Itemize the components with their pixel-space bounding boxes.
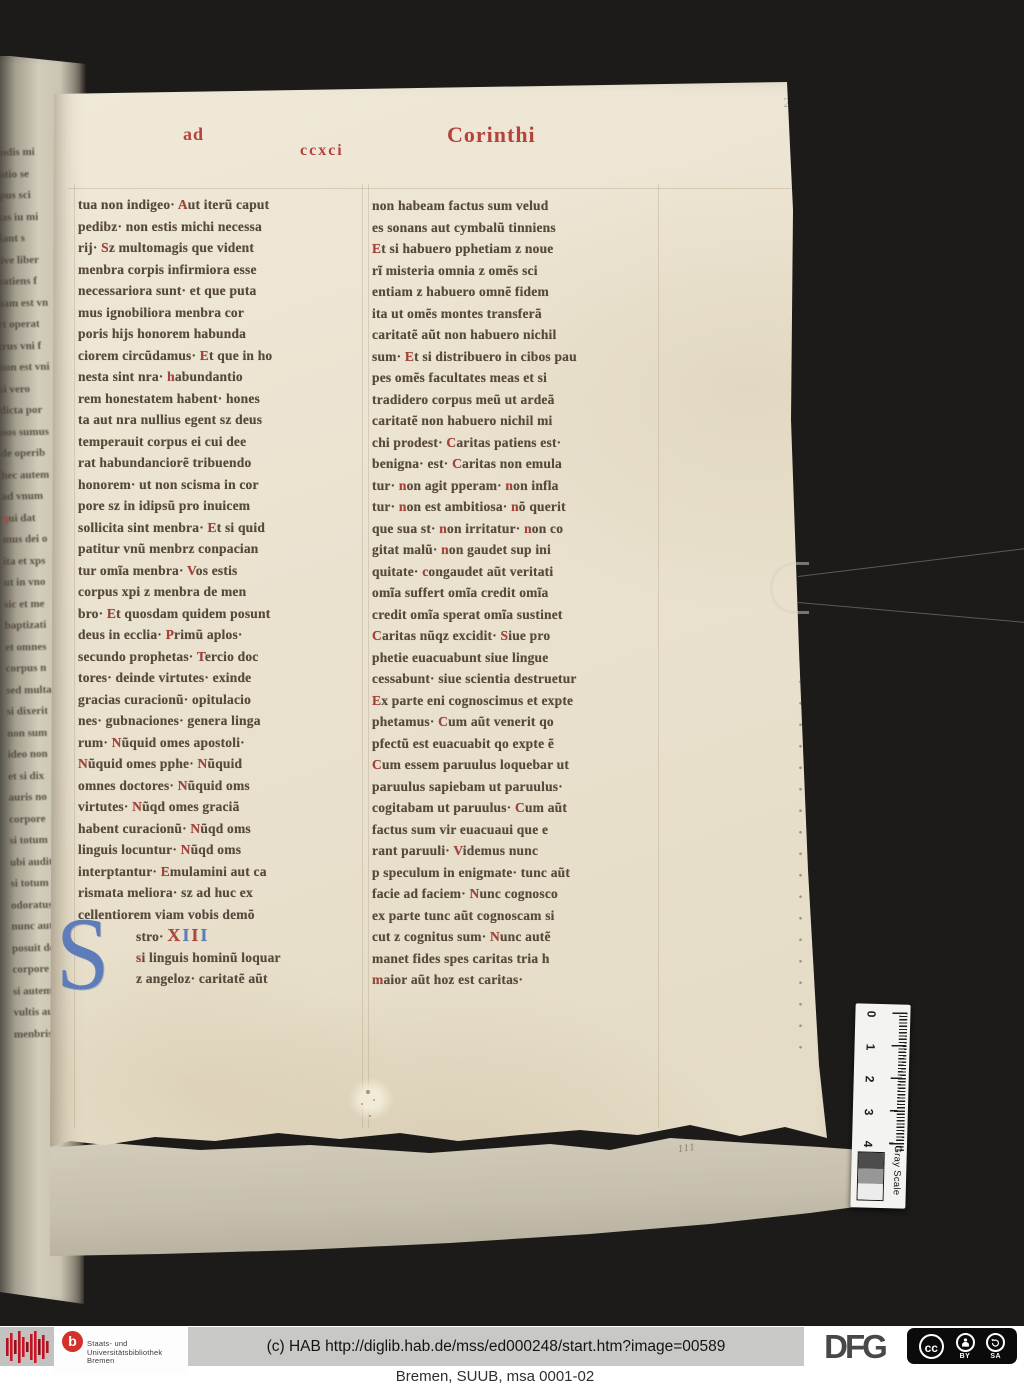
manuscript-line: entiam z habuero omnẽ fidem	[372, 281, 666, 303]
cc-by-item: BY	[956, 1333, 975, 1360]
parchment-damage-spot	[342, 1072, 400, 1126]
manuscript-line: maior aũt hoz est caritas·	[372, 969, 666, 991]
library-name: Staats- und Universitätsbibliothek Breme…	[87, 1340, 162, 1366]
running-title-chapter-number: ccxci	[300, 142, 344, 160]
manuscript-line: phetie euacuabunt siue lingue	[372, 647, 666, 669]
manuscript-line: nas iu mi	[0, 206, 62, 229]
manuscript-line: nesta sint nra· habundantio	[78, 366, 372, 388]
manuscript-line: que sua st· non irritatur· non co	[372, 518, 666, 540]
ruler-label: 3	[862, 1109, 876, 1123]
manuscript-line: pfectũ est euacuabit qo expte ẽ	[372, 733, 666, 755]
manuscript-line: phetamus· Cum aũt venerit qo	[372, 711, 666, 733]
manuscript-line: pes omẽs facultates meas et si	[372, 367, 666, 389]
library-name-line: Bremen	[87, 1357, 162, 1366]
cc-license-badge: cc BY SA	[905, 1326, 1019, 1366]
manuscript-line: nes· gubnaciones· genera linga	[78, 710, 372, 732]
manuscript-line: stro· XIII	[78, 925, 372, 947]
manuscript-line: rismata meliora· sz ad huc ex	[78, 882, 372, 904]
manuscript-line: rum· Nũquid omes apostoli·	[78, 732, 372, 754]
manuscript-line: rem honestatem habent· hones	[78, 388, 372, 410]
manuscript-line: gracias curacionũ· opitulacio	[78, 689, 372, 711]
manuscript-line: deus in ecclia· Primũ aplos·	[78, 624, 372, 646]
manuscript-line: secundo prophetas· Tercio doc	[78, 646, 372, 668]
manuscript-page: ad ccxci Corinthi 293 tua non indigeo· A…	[50, 80, 842, 1172]
grayscale-patches	[857, 1151, 885, 1201]
manuscript-line: omnes doctores· Nũquid oms	[78, 775, 372, 797]
running-title-right: Corinthi	[447, 122, 536, 148]
manuscript-line: patitur vnũ menbrz conpacian	[78, 538, 372, 560]
manuscript-line: Ex parte eni cognoscimus et expte	[372, 690, 666, 712]
manuscript-line: tur· non est ambitiosa· nõ querit	[372, 496, 666, 518]
manuscript-line: corpus xpi z menbra de men	[78, 581, 372, 603]
manuscript-line: mus ignobiliora menbra cor	[78, 302, 372, 324]
cc-by-person-icon	[956, 1333, 975, 1352]
shelfmark-text: Bremen, SUUB, msa 0001-02	[0, 1368, 990, 1385]
ruler-label: 0	[864, 1011, 878, 1025]
manuscript-line: p speculum in enigmate· tunc aũt	[372, 862, 666, 884]
manuscript-line: caritatẽ aũt non habuero nichil	[372, 324, 666, 346]
manuscript-line: interptantur· Emulamini aut ca	[78, 861, 372, 883]
ruler-ticks	[889, 1012, 908, 1150]
copyright-text: (c) HAB http://diglib.hab.de/mss/ed00024…	[188, 1327, 804, 1366]
cc-icon: cc	[919, 1334, 944, 1359]
manuscript-line: linguis locuntur· Nũqd oms	[78, 839, 372, 861]
manuscript-line: virtutes· Nũqd omes graciã	[78, 796, 372, 818]
ruler-label: 1	[863, 1044, 877, 1058]
manuscript-line: ex parte tunc aũt cognoscam si	[372, 905, 666, 927]
manuscript-line: honorem· ut non scisma in cor	[78, 474, 372, 496]
manuscript-line: spus sci	[0, 184, 61, 207]
manuscript-line: temperauit corpus ei cui dee	[78, 431, 372, 453]
manuscript-line: credit omĩa sperat omĩa sustinet	[372, 604, 666, 626]
manuscript-line: habent curacionũ· Nũqd oms	[78, 818, 372, 840]
digitized-manuscript-photo: undis miratio sespus scinas iu mifiant s…	[0, 0, 1024, 1389]
manuscript-line: ita ut omẽs montes transferã	[372, 303, 666, 325]
pencil-folio-number: 293	[783, 96, 806, 110]
manuscript-line: gitat malũ· non gaudet sup ini	[372, 539, 666, 561]
manuscript-line: ratio se	[0, 163, 61, 186]
manuscript-line: ciorem circũdamus· Et que in ho	[78, 345, 372, 367]
manuscript-line: pore sz in idipsũ pro inuicem	[78, 495, 372, 517]
manuscript-line: rat habundanciorẽ tribuendo	[78, 452, 372, 474]
footer-bar: b Staats- und Universitätsbibliothek Bre…	[0, 1326, 1024, 1389]
library-monogram: b	[62, 1331, 83, 1352]
grayscale-title: Gray Scale	[890, 1145, 903, 1203]
manuscript-line: tores· deinde virtutes· exinde	[78, 667, 372, 689]
manuscript-line: cellentiorem viam vobis demõ	[78, 904, 372, 926]
manuscript-line: cessabunt· siue scientia destruetur	[372, 668, 666, 690]
ruling-line-horizontal	[68, 188, 794, 189]
gray-patch-dark	[858, 1152, 883, 1168]
manuscript-line: bro· Et quosdam quidem posunt	[78, 603, 372, 625]
gray-patch-mid	[858, 1168, 883, 1184]
manuscript-line: caritatẽ non habuero nichil mi	[372, 410, 666, 432]
cc-sa-label: SA	[990, 1353, 1001, 1360]
manuscript-column-right: non habeam factus sum veludes sonans aut…	[372, 195, 666, 991]
grayscale-ruler: 0 1 2 3 4 Gray Scale	[850, 1003, 910, 1208]
manuscript-line: omĩa suffert omĩa credit omĩa	[372, 582, 666, 604]
manuscript-line: factus sum vir euacuaui que e	[372, 819, 666, 841]
manuscript-line: cogitabam ut paruulus· Cum aũt	[372, 797, 666, 819]
manuscript-line: pedibz· non estis michi necessa	[78, 216, 372, 238]
manuscript-line: tur omĩa menbra· Vos estis	[78, 560, 372, 582]
ruler-label: 2	[862, 1076, 876, 1090]
manuscript-line: fiant s	[0, 227, 62, 250]
manuscript-line: Nũquid omes pphe· Nũquid	[78, 753, 372, 775]
suub-logo-bars	[0, 1327, 54, 1366]
manuscript-line: non habeam factus sum velud	[372, 195, 666, 217]
manuscript-line: Caritas nũqz excidit· Siue pro	[372, 625, 666, 647]
manuscript-line: paruulus sapiebam ut paruulus·	[372, 776, 666, 798]
page-holder-thread	[798, 602, 1024, 623]
manuscript-column-left: tua non indigeo· Aut iterũ caputpedibz· …	[78, 194, 372, 990]
running-title-left: ad	[183, 124, 204, 145]
manuscript-line: undis mi	[0, 141, 60, 164]
pencil-mark: 111	[677, 1143, 695, 1155]
manuscript-line: quitate· congaudet aũt veritati	[372, 561, 666, 583]
manuscript-line: necessariora sunt· et que puta	[78, 280, 372, 302]
suub-bars-graphic	[5, 1330, 49, 1364]
manuscript-line: sive liber	[0, 249, 63, 272]
manuscript-line: rij· Sz multomagis que vident	[78, 237, 372, 259]
manuscript-line: rĩ misteria omnia z omẽs sci	[372, 260, 666, 282]
manuscript-line: rant paruuli· Videmus nunc	[372, 840, 666, 862]
page-holder-clip	[770, 562, 809, 614]
manuscript-line: tur· non agit pperam· non infla	[372, 475, 666, 497]
manuscript-line: es sonans aut cymbalũ tinniens	[372, 217, 666, 239]
cc-sa-item: SA	[986, 1333, 1005, 1360]
manuscript-line: sollicita sint menbra· Et si quid	[78, 517, 372, 539]
manuscript-line: tua non indigeo· Aut iterũ caput	[78, 194, 372, 216]
manuscript-line: si linguis hominũ loquar	[78, 947, 372, 969]
library-logo-box: b Staats- und Universitätsbibliothek Bre…	[54, 1326, 188, 1374]
manuscript-line: manet fides spes caritas tria h	[372, 948, 666, 970]
illuminated-initial: S	[56, 902, 109, 1006]
cc-by-label: BY	[960, 1353, 971, 1360]
manuscript-line: z angeloz· caritatẽ aũt	[78, 968, 372, 990]
dfg-logo: DFG	[807, 1327, 902, 1366]
prick-marks	[798, 198, 803, 1060]
manuscript-line: chi prodest· Caritas patiens est·	[372, 432, 666, 454]
manuscript-line: sum· Et si distribuero in cibos pau	[372, 346, 666, 368]
manuscript-line: ta aut nra nullius egent sz deus	[78, 409, 372, 431]
manuscript-line: poris hijs honorem habunda	[78, 323, 372, 345]
manuscript-line: cut z cognitus sum· Nunc autẽ	[372, 926, 666, 948]
manuscript-line: benigna· est· Caritas non emula	[372, 453, 666, 475]
manuscript-line: tradidero corpus meũ ut ardeã	[372, 389, 666, 411]
manuscript-line: facie ad faciem· Nunc cognosco	[372, 883, 666, 905]
cc-sa-arrow-icon	[986, 1333, 1005, 1352]
manuscript-line: menbra corpis infirmiora esse	[78, 259, 372, 281]
manuscript-line: Cum essem paruulus loquebar ut	[372, 754, 666, 776]
page-holder-thread	[798, 548, 1024, 577]
manuscript-line: Et si habuero pphetiam z noue	[372, 238, 666, 260]
gray-patch-light	[858, 1184, 883, 1200]
